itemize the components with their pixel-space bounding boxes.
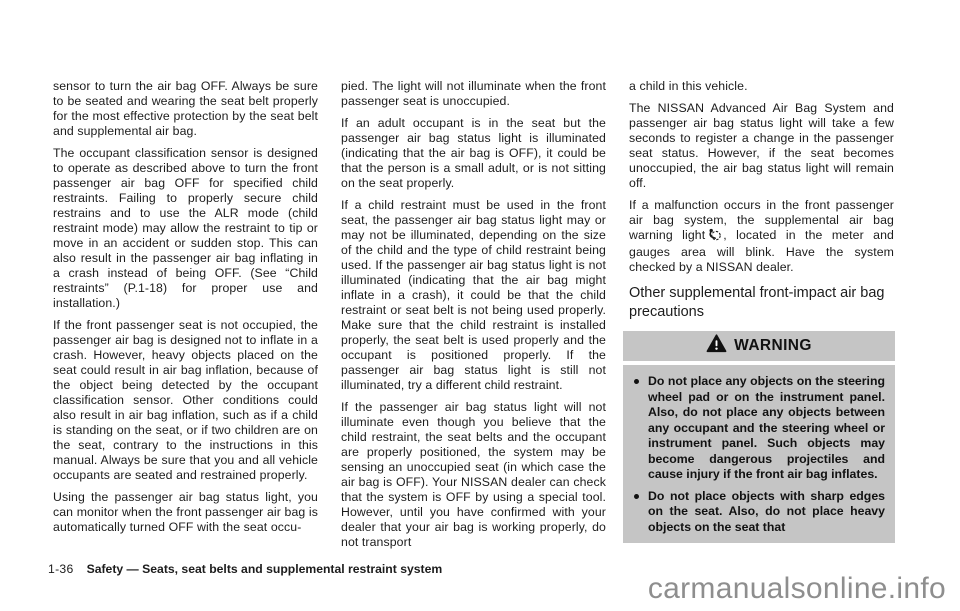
warning-triangle-icon bbox=[706, 334, 727, 358]
text-columns: sensor to turn the air bag OFF. Always b… bbox=[53, 79, 895, 557]
paragraph: The occupant classification sensor is de… bbox=[53, 146, 318, 311]
paragraph: If a child restraint must be used in the… bbox=[341, 198, 606, 393]
paragraph: If the passenger air bag status light wi… bbox=[341, 400, 606, 550]
warning-box: WARNING Do not place any objects on the … bbox=[623, 331, 895, 543]
warning-bullet-item: Do not place any objects on the steering… bbox=[632, 374, 885, 483]
paragraph: Using the passenger air bag status light… bbox=[53, 490, 318, 535]
page-number: 1-36 bbox=[48, 562, 74, 576]
paragraph: The NISSAN Advanced Air Bag System and p… bbox=[629, 101, 894, 191]
warning-header: WARNING bbox=[623, 331, 895, 361]
column-2: pied. The light will not illuminate when… bbox=[341, 79, 606, 557]
paragraph: If the front passenger seat is not occup… bbox=[53, 318, 318, 483]
paragraph: pied. The light will not illuminate when… bbox=[341, 79, 606, 109]
page-footer: 1-36 Safety — Seats, seat belts and supp… bbox=[48, 562, 442, 576]
footer-section-title: Safety — Seats, seat belts and supplemen… bbox=[87, 562, 443, 576]
section-heading: Other supplemental front-impact air bag … bbox=[629, 284, 894, 321]
watermark: carmanualsonline.info bbox=[648, 572, 946, 606]
airbag-warning-light-icon bbox=[707, 228, 721, 245]
column-1: sensor to turn the air bag OFF. Always b… bbox=[53, 79, 318, 557]
warning-bullet-text: Do not place any objects on the steering… bbox=[648, 374, 885, 483]
bullet-icon bbox=[634, 494, 639, 499]
paragraph: sensor to turn the air bag OFF. Always b… bbox=[53, 79, 318, 139]
bullet-icon bbox=[634, 379, 639, 384]
column-3: a child in this vehicle. The NISSAN Adva… bbox=[629, 79, 894, 557]
paragraph: a child in this vehicle. bbox=[629, 79, 894, 94]
manual-page: sensor to turn the air bag OFF. Always b… bbox=[0, 0, 960, 611]
paragraph-with-icon: If a malfunction occurs in the front pas… bbox=[629, 198, 894, 275]
paragraph: If an adult occupant is in the seat but … bbox=[341, 116, 606, 191]
warning-body: Do not place any objects on the steering… bbox=[623, 365, 895, 543]
warning-title: WARNING bbox=[734, 337, 812, 355]
warning-bullet-item: Do not place objects with sharp edges on… bbox=[632, 489, 885, 536]
warning-bullet-text: Do not place objects with sharp edges on… bbox=[648, 489, 885, 536]
